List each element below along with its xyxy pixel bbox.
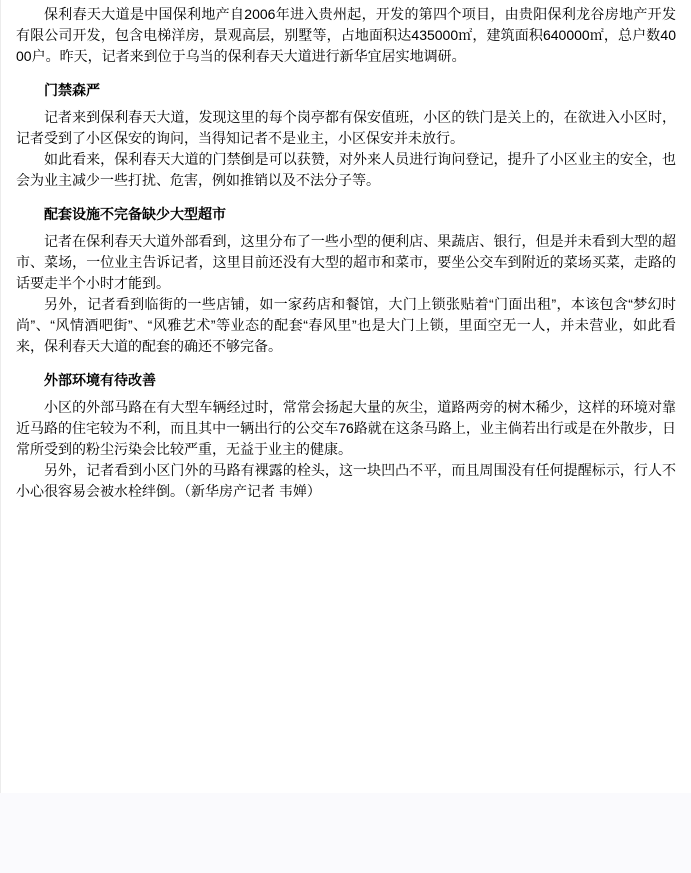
section-heading-access-control: 门禁森严 [16, 80, 676, 101]
article-paragraph: 记者来到保利春天大道，发现这里的每个岗亭都有保安值班，小区的铁门是关上的，在欲进… [16, 107, 676, 149]
intro-paragraph: 保利春天大道是中国保利地产自2006年进入贵州起，开发的第四个项目，由贵阳保利龙… [16, 4, 676, 67]
article-paragraph: 小区的外部马路在有大型车辆经过时，常常会扬起大量的灰尘，道路两旁的树木稀少，这样… [16, 397, 676, 460]
article-page: 保利春天大道是中国保利地产自2006年进入贵州起，开发的第四个项目，由贵阳保利龙… [0, 0, 691, 793]
article-paragraph: 另外，记者看到临街的一些店铺，如一家药店和餐馆，大门上锁张贴着“门面出租”，本该… [16, 294, 676, 357]
article-paragraph: 记者在保利春天大道外部看到，这里分布了一些小型的便利店、果蔬店、银行，但是并未看… [16, 231, 676, 294]
section-heading-environment: 外部环境有待改善 [16, 370, 676, 391]
news-article: 保利春天大道是中国保利地产自2006年进入贵州起，开发的第四个项目，由贵阳保利龙… [16, 4, 676, 502]
article-paragraph: 如此看来，保利春天大道的门禁倒是可以获赞，对外来人员进行询问登记，提升了小区业主… [16, 149, 676, 191]
section-heading-facilities: 配套设施不完备缺少大型超市 [16, 204, 676, 225]
page-footer-area [0, 793, 691, 873]
article-paragraph: 另外，记者看到小区门外的马路有裸露的栓头，这一块凹凸不平，而且周围没有任何提醒标… [16, 460, 676, 502]
